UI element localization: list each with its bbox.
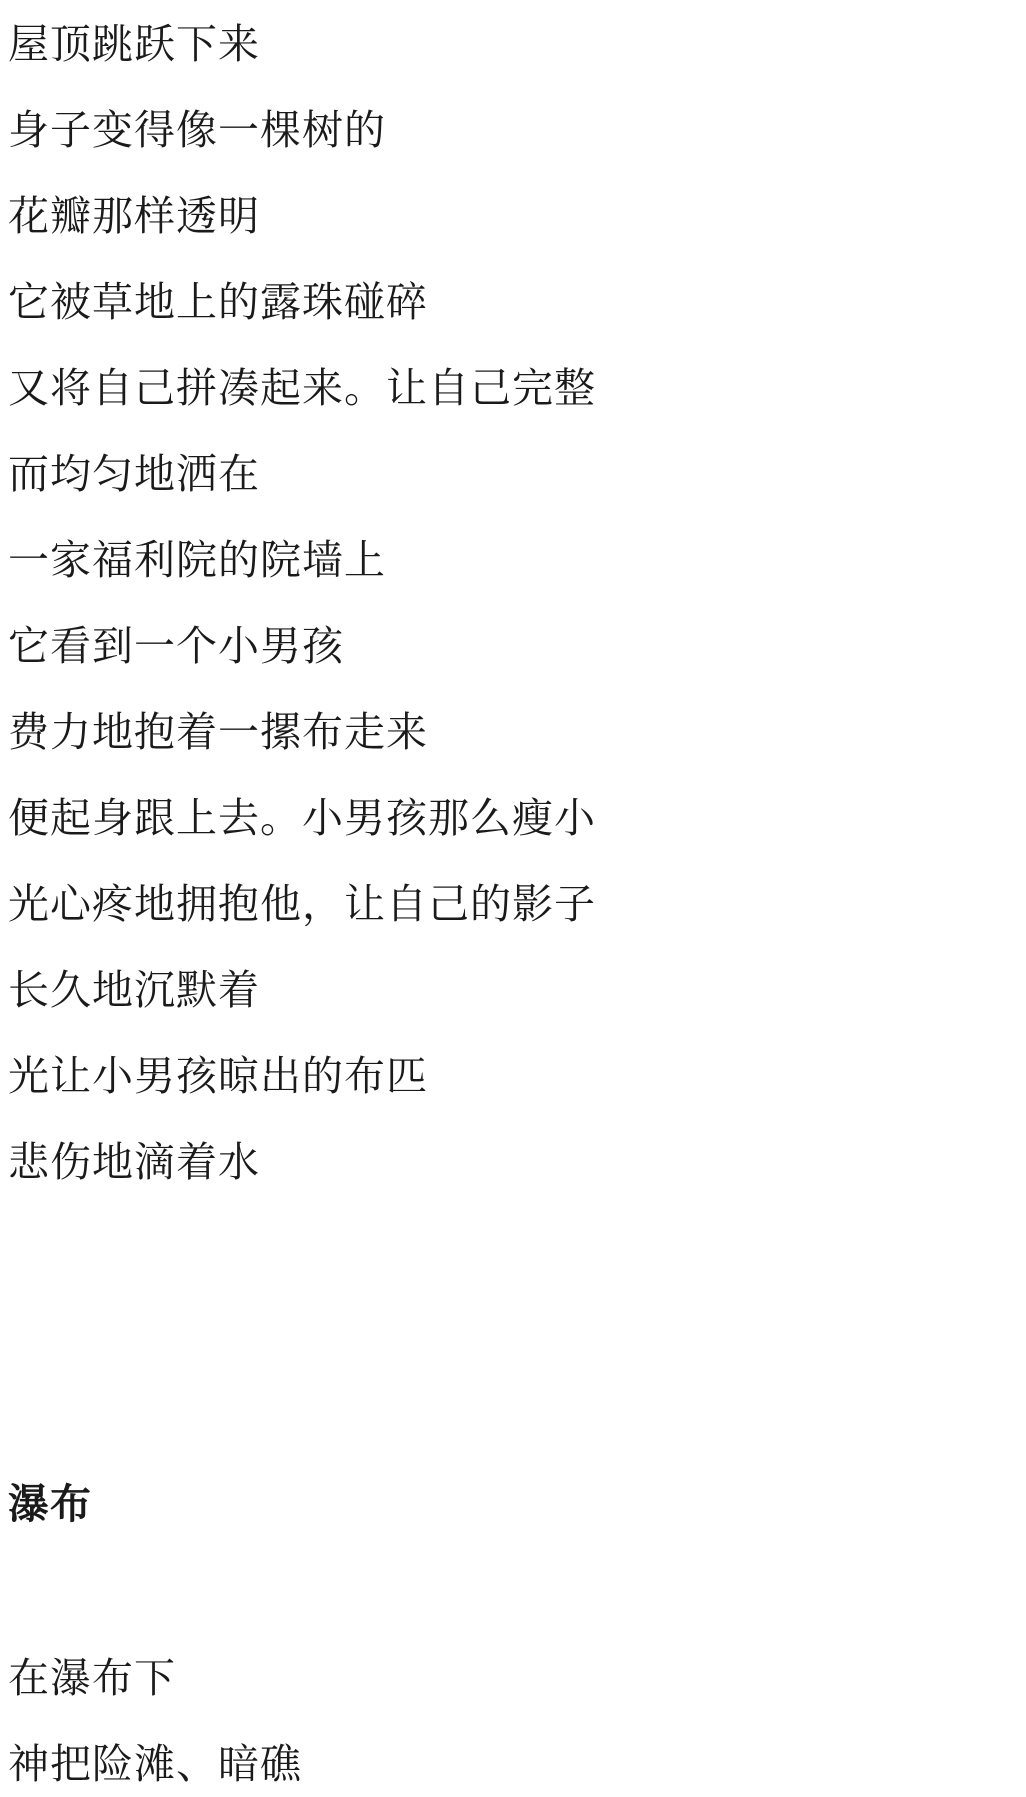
poem-line: 又将自己拼凑起来。让自己完整 — [8, 362, 596, 414]
poem-line: 费力地抱着一摞布走来 — [8, 706, 428, 758]
poem-line: 一家福利院的院墙上 — [8, 534, 386, 586]
poem-line: 它看到一个小男孩 — [8, 620, 344, 672]
poem-line: 在瀑布下 — [8, 1652, 176, 1704]
poem-line: 光心疼地拥抱他，让自己的影子 — [8, 878, 596, 930]
poem-line: 它被草地上的露珠碰碎 — [8, 276, 428, 328]
poem-line: 身子变得像一棵树的 — [8, 104, 386, 156]
poem-line: 光让小男孩晾出的布匹 — [8, 1050, 428, 1102]
poem-line: 屋顶跳跃下来 — [8, 18, 260, 70]
poem-line: 长久地沉默着 — [8, 964, 260, 1016]
poem-line: 花瓣那样透明 — [8, 190, 260, 242]
poem-line: 悲伤地滴着水 — [8, 1136, 260, 1188]
poem-line: 而均匀地洒在 — [8, 448, 260, 500]
poem-line: 神把险滩、暗礁 — [8, 1738, 302, 1790]
poem-line: 便起身跟上去。小男孩那么瘦小 — [8, 792, 596, 844]
poem-title: 瀑布 — [8, 1478, 92, 1530]
